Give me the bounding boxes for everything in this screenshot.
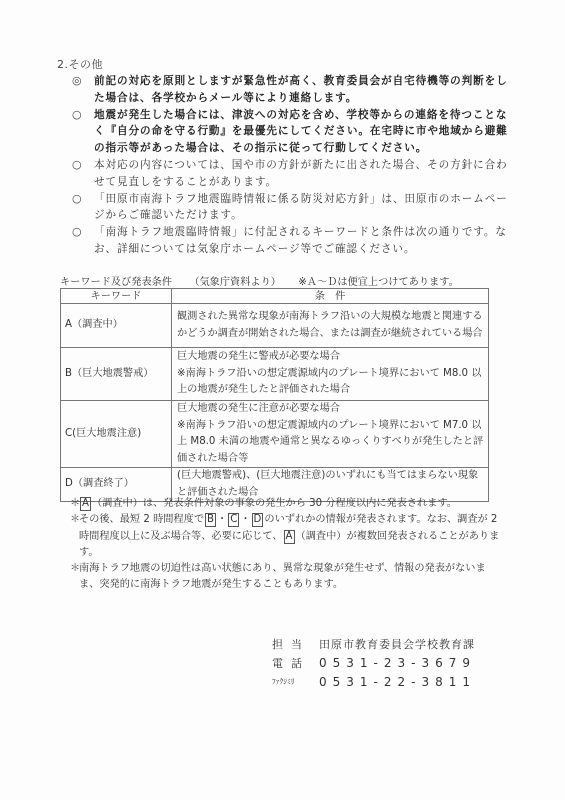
circle-bullet-icon: ○	[72, 157, 94, 174]
boxed-letter-c: C	[228, 513, 239, 527]
double-circle-bullet-icon: ◎	[72, 73, 94, 90]
bullet-text: 「田原市南海トラフ地震臨時情報に係る防災対応方針」は、田原市のホームページからご…	[94, 191, 512, 225]
table-caption: キーワード及び発表条件 （気象庁資料より） ※Ａ～Ｄは便宜上つけてあります。	[60, 273, 473, 288]
keyword-cell: A（調査中）	[61, 304, 172, 348]
table-caption-title: キーワード及び発表条件	[60, 277, 172, 288]
condition-cell: 巨大地震の発生に注意が必要な場合 ※南海トラフ沿いの想定震源域内のプレート境界に…	[172, 401, 489, 468]
table-header-row: キーワード 条 件	[61, 289, 489, 304]
separator: ・	[240, 514, 250, 525]
condition-line: 巨大地震の発生に警戒が必要な場合	[177, 349, 484, 366]
column-header-keyword: キーワード	[61, 289, 172, 304]
bullet-text: 前記の対応を原則としますが緊急性が高く、教育委員会が自宅待機等の判断をした場合は…	[94, 73, 512, 107]
table-caption-note: ※Ａ～Ｄは便宜上つけてあります。	[298, 277, 459, 288]
condition-cell: 巨大地震の発生に警戒が必要な場合 ※南海トラフ沿いの想定震源域内のプレート境界に…	[172, 348, 489, 401]
condition-note: ※南海トラフ沿いの想定震源域内のプレート境界において M7.0 以上 M8.0 …	[177, 418, 484, 468]
bullet-text: 「南海トラフ地震臨時情報」に付記されるキーワードと条件は次の通りです。なお、詳細…	[94, 224, 512, 258]
condition-note: ※南海トラフ沿いの想定震源域内のプレート境界において M8.0 以上の地震が発生…	[177, 366, 484, 399]
table-row: C(巨大地震注意) 巨大地震の発生に注意が必要な場合 ※南海トラフ沿いの想定震源…	[61, 401, 489, 468]
bullet-text: 本対応の内容については、国や市の方針が新たに出された場合、その方針に合わせて見直…	[94, 157, 512, 191]
bullet-text: 地震が発生した場合には、津波への対応を含め、学校等からの連絡を待つことなく『自分…	[94, 107, 512, 157]
condition-cell: 観測された異常な現象が南海トラフ沿いの大規模な地震と関連するかどうか調査が開始さ…	[172, 304, 489, 348]
footnote: ＊ その後、最短 2 時間程度でB・C・Dのいずれかの情報が発表されます。なお、…	[70, 512, 500, 561]
footnote: ＊ 南海トラフ地震の切迫性は高い状態にあり、異常な現象が発生せず、情報の発表がな…	[70, 561, 500, 594]
keyword-cell: C(巨大地震注意)	[61, 401, 172, 468]
contact-label: 担当	[272, 636, 319, 652]
phone-number: 0531-23-3679	[319, 656, 476, 670]
bullet-item: ○ 「南海トラフ地震臨時情報」に付記されるキーワードと条件は次の通りです。なお、…	[72, 224, 512, 258]
circle-bullet-icon: ○	[72, 107, 94, 124]
footnote-text: 南海トラフ地震の切迫性は高い状態にあり、異常な現象が発生せず、情報の発表がないま…	[79, 561, 500, 594]
column-header-condition: 条 件	[172, 289, 489, 304]
bullet-item: ○ 「田原市南海トラフ地震臨時情報に係る防災対応方針」は、田原市のホームページか…	[72, 191, 512, 225]
keyword-cell: B（巨大地震警戒）	[61, 348, 172, 401]
contact-label: 電話	[272, 655, 319, 671]
condition-line: 巨大地震の発生に注意が必要な場合	[177, 401, 484, 418]
footnotes: ＊ A（調査中）は、発表条件対象の事象の発生から 30 分程度以内に発表されます…	[70, 496, 500, 594]
bullet-item: ◎ 前記の対応を原則としますが緊急性が高く、教育委員会が自宅待機等の判断をした場…	[72, 73, 512, 107]
asterisk-mark: ＊	[70, 561, 79, 577]
contact-label: ﾌｧｸｼﾐﾘ	[272, 676, 319, 687]
boxed-letter-d: D	[252, 513, 264, 527]
bullet-list: ◎ 前記の対応を原則としますが緊急性が高く、教育委員会が自宅待機等の判断をした場…	[72, 73, 512, 258]
circle-bullet-icon: ○	[72, 191, 94, 208]
keyword-table: キーワード 条 件 A（調査中） 観測された異常な現象が南海トラフ沿いの大規模な…	[60, 288, 489, 502]
section-heading: 2.その他	[57, 56, 103, 72]
boxed-letter-a: A	[80, 497, 91, 511]
table-row: B（巨大地震警戒） 巨大地震の発生に警戒が必要な場合 ※南海トラフ沿いの想定震源…	[61, 348, 489, 401]
boxed-letter-b: B	[205, 513, 216, 527]
table-row: A（調査中） 観測された異常な現象が南海トラフ沿いの大規模な地震と関連するかどう…	[61, 304, 489, 348]
fax-number: 0531-22-3811	[319, 675, 476, 689]
asterisk-mark: ＊	[70, 496, 79, 512]
table-caption-source: （気象庁資料より）	[189, 277, 281, 288]
footnote-text: （調査中）は、発表条件対象の事象の発生から 30 分程度以内に発表されます。	[92, 498, 457, 509]
department-name: 田原市教育委員会学校教育課	[319, 636, 475, 652]
asterisk-mark: ＊	[70, 512, 79, 528]
footnote-text: その後、最短 2 時間程度で	[79, 514, 204, 525]
boxed-letter-a: A	[284, 530, 295, 544]
bullet-item: ○ 本対応の内容については、国や市の方針が新たに出された場合、その方針に合わせて…	[72, 157, 512, 191]
contact-fax-row: ﾌｧｸｼﾐﾘ 0531-22-3811	[272, 672, 476, 691]
separator: ・	[217, 514, 227, 525]
contact-department-row: 担当 田原市教育委員会学校教育課	[272, 634, 476, 653]
contact-phone-row: 電話 0531-23-3679	[272, 653, 476, 672]
circle-bullet-icon: ○	[72, 224, 94, 241]
document-page: 2.その他 ◎ 前記の対応を原則としますが緊急性が高く、教育委員会が自宅待機等の…	[0, 0, 565, 800]
footnote: ＊ A（調査中）は、発表条件対象の事象の発生から 30 分程度以内に発表されます…	[70, 496, 500, 512]
bullet-item: ○ 地震が発生した場合には、津波への対応を含め、学校等からの連絡を待つことなく『…	[72, 107, 512, 157]
contact-block: 担当 田原市教育委員会学校教育課 電話 0531-23-3679 ﾌｧｸｼﾐﾘ …	[272, 634, 476, 691]
